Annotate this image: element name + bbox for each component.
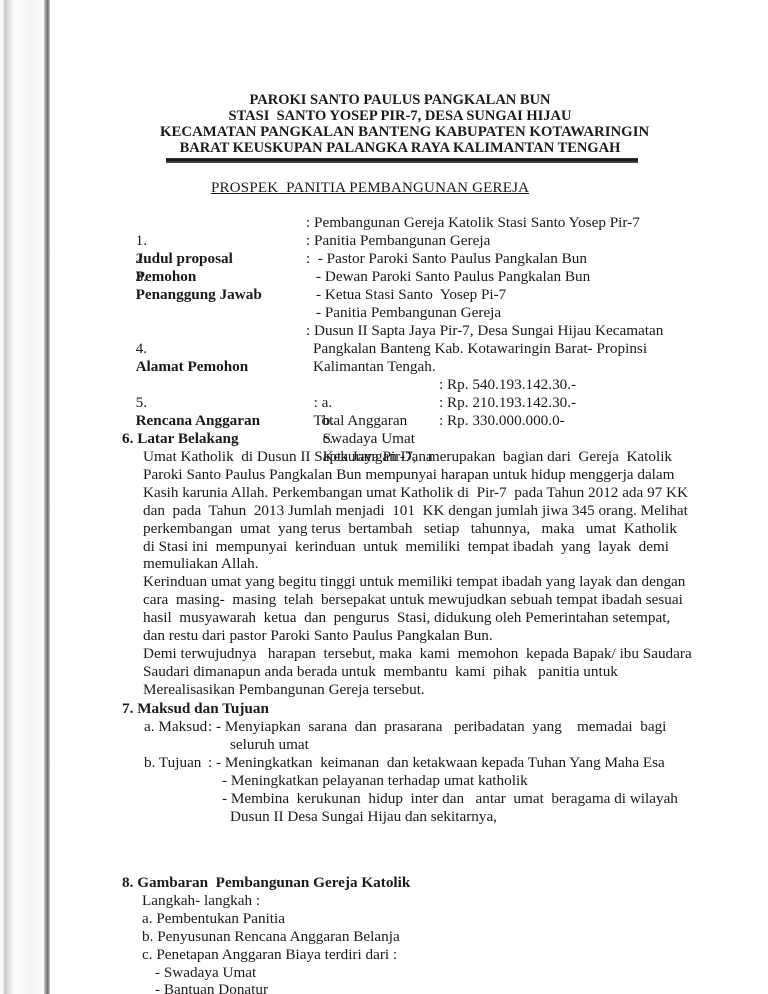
budget-amount-swadaya: : Rp. 210.193.142.30.-: [439, 394, 576, 412]
gambaran-subline: - Bantuan Donatur: [155, 981, 268, 994]
latar-line: Merealisasikan Pembangunan Gereja terseb…: [143, 681, 425, 699]
latar-line: perkembangan umat yang terus bertambah s…: [143, 520, 677, 538]
budget-amount-total: : Rp. 540.193.142.30.-: [439, 376, 576, 394]
item-penanggung-line: : - Pastor Paroki Santo Paulus Pangkalan…: [306, 250, 587, 268]
budget-prefix: c.: [323, 430, 334, 447]
item-penanggung-label: 3. Penanggung Jawab: [128, 250, 262, 304]
tujuan-line: : - Meningkatkan keimanan dan ketakwaan …: [208, 754, 665, 772]
item-number: 3.: [136, 268, 147, 285]
gambaran-line: a. Pembentukan Panitia: [142, 910, 285, 928]
item-label: Rencana Anggaran: [136, 412, 260, 429]
tujuan-line: - Meningkatkan pelayanan terhadap umat k…: [222, 772, 528, 790]
letterhead-line-3: KECAMATAN PANGKALAN BANTENG KABUPATEN KO…: [160, 124, 640, 141]
latar-line: dan restu dari pastor Paroki Santo Paulu…: [143, 627, 493, 645]
latar-line: cara masing- masing telah bersepakat unt…: [143, 591, 683, 609]
latar-line: Kasih karunia Allah. Perkembangan umat K…: [143, 484, 688, 502]
item-penanggung-line: - Panitia Pembangunan Gereja: [316, 304, 501, 322]
latar-line: hasil musyawarah ketua dan pengurus Stas…: [143, 609, 670, 627]
document-title: PROSPEK PANITIA PEMBANGUNAN GEREJA: [211, 180, 529, 197]
item-pemohon-value: : Panitia Pembangunan Gereja: [306, 232, 490, 250]
item-alamat-line: Kalimantan Tengah.: [313, 358, 436, 376]
item-label: Penanggung Jawab: [136, 286, 262, 303]
item-number: 4.: [136, 340, 147, 357]
gambaran-line: b. Penyusunan Rencana Anggaran Belanja: [142, 928, 400, 946]
item-alamat-line: : Dusun II Sapta Jaya Pir-7, Desa Sungai…: [306, 322, 663, 340]
latar-line: Demi terwujudnya harapan tersebut, maka …: [143, 645, 692, 663]
item-alamat-label: 4. Alamat Pemohon: [128, 322, 248, 376]
gambaran-line: c. Penetapan Anggaran Biaya terdiri dari…: [142, 946, 397, 964]
letterhead-line-2: STASI SANTO YOSEP PIR-7, DESA SUNGAI HIJ…: [160, 108, 640, 125]
item-label: Alamat Pemohon: [136, 358, 249, 375]
tujuan-line: - Membina kerukunan hidup inter dan anta…: [222, 790, 678, 808]
latar-line: Umat Katholik di Dusun II Sapta Jaya Pir…: [143, 448, 672, 466]
letterhead-line-4: BARAT KEUSKUPAN PALANGKA RAYA KALIMANTAN…: [160, 140, 640, 157]
scan-edge-shadow: [0, 0, 14, 994]
latar-line: dan pada Tahun 2013 Jumlah menjadi 101 K…: [143, 502, 688, 520]
section-heading-maksud: 7. Maksud dan Tujuan: [122, 700, 269, 718]
latar-line: Kerinduan umat yang begitu tinggi untuk …: [143, 573, 685, 591]
letterhead-line-1: PAROKI SANTO PAULUS PANGKALAN BUN: [160, 92, 640, 109]
item-number: 5.: [136, 394, 147, 411]
latar-line: Paroki Santo Paulus Pangkalan Bun mempun…: [143, 466, 674, 484]
item-penanggung-line: - Dewan Paroki Santo Paulus Pangkalan Bu…: [316, 268, 590, 286]
item-alamat-line: Pangkalan Banteng Kab. Kotawaringin Bara…: [313, 340, 647, 358]
latar-line: memuliakan Allah.: [143, 555, 259, 573]
tujuan-line: Dusun II Desa Sungai Hijau dan sekitarny…: [230, 808, 497, 826]
item-penanggung-line: - Ketua Stasi Santo Yosep Pi-7: [316, 286, 506, 304]
latar-line: di Stasi ini mempunyai kerinduan untuk m…: [143, 538, 669, 556]
latar-line: Saudari dimanapun anda berada untuk memb…: [143, 663, 618, 681]
section-heading-gambaran: 8. Gambaran Pembangunan Gereja Katolik: [122, 874, 410, 892]
scan-binding-line: [44, 0, 50, 994]
scan-edge-band: [14, 0, 44, 994]
maksud-line: : - Menyiapkan sarana dan prasarana peri…: [208, 718, 666, 736]
letterhead-rule: [166, 158, 638, 163]
gambaran-subline: - Swadaya Umat: [155, 964, 256, 982]
maksud-line: seluruh umat: [230, 736, 309, 754]
section-heading-latar: 6. Latar Belakang: [122, 430, 239, 448]
item-judul-value: : Pembangunan Gereja Katolik Stasi Santo…: [306, 214, 640, 232]
maksud-label: a. Maksud: [144, 718, 207, 736]
item-anggaran-label: 5. Rencana Anggaran: [128, 376, 260, 430]
gambaran-line: Langkah- langkah :: [142, 892, 260, 910]
budget-amount-kekurangan: : Rp. 330.000.000.0-: [439, 412, 565, 430]
tujuan-label: b. Tujuan: [144, 754, 201, 772]
